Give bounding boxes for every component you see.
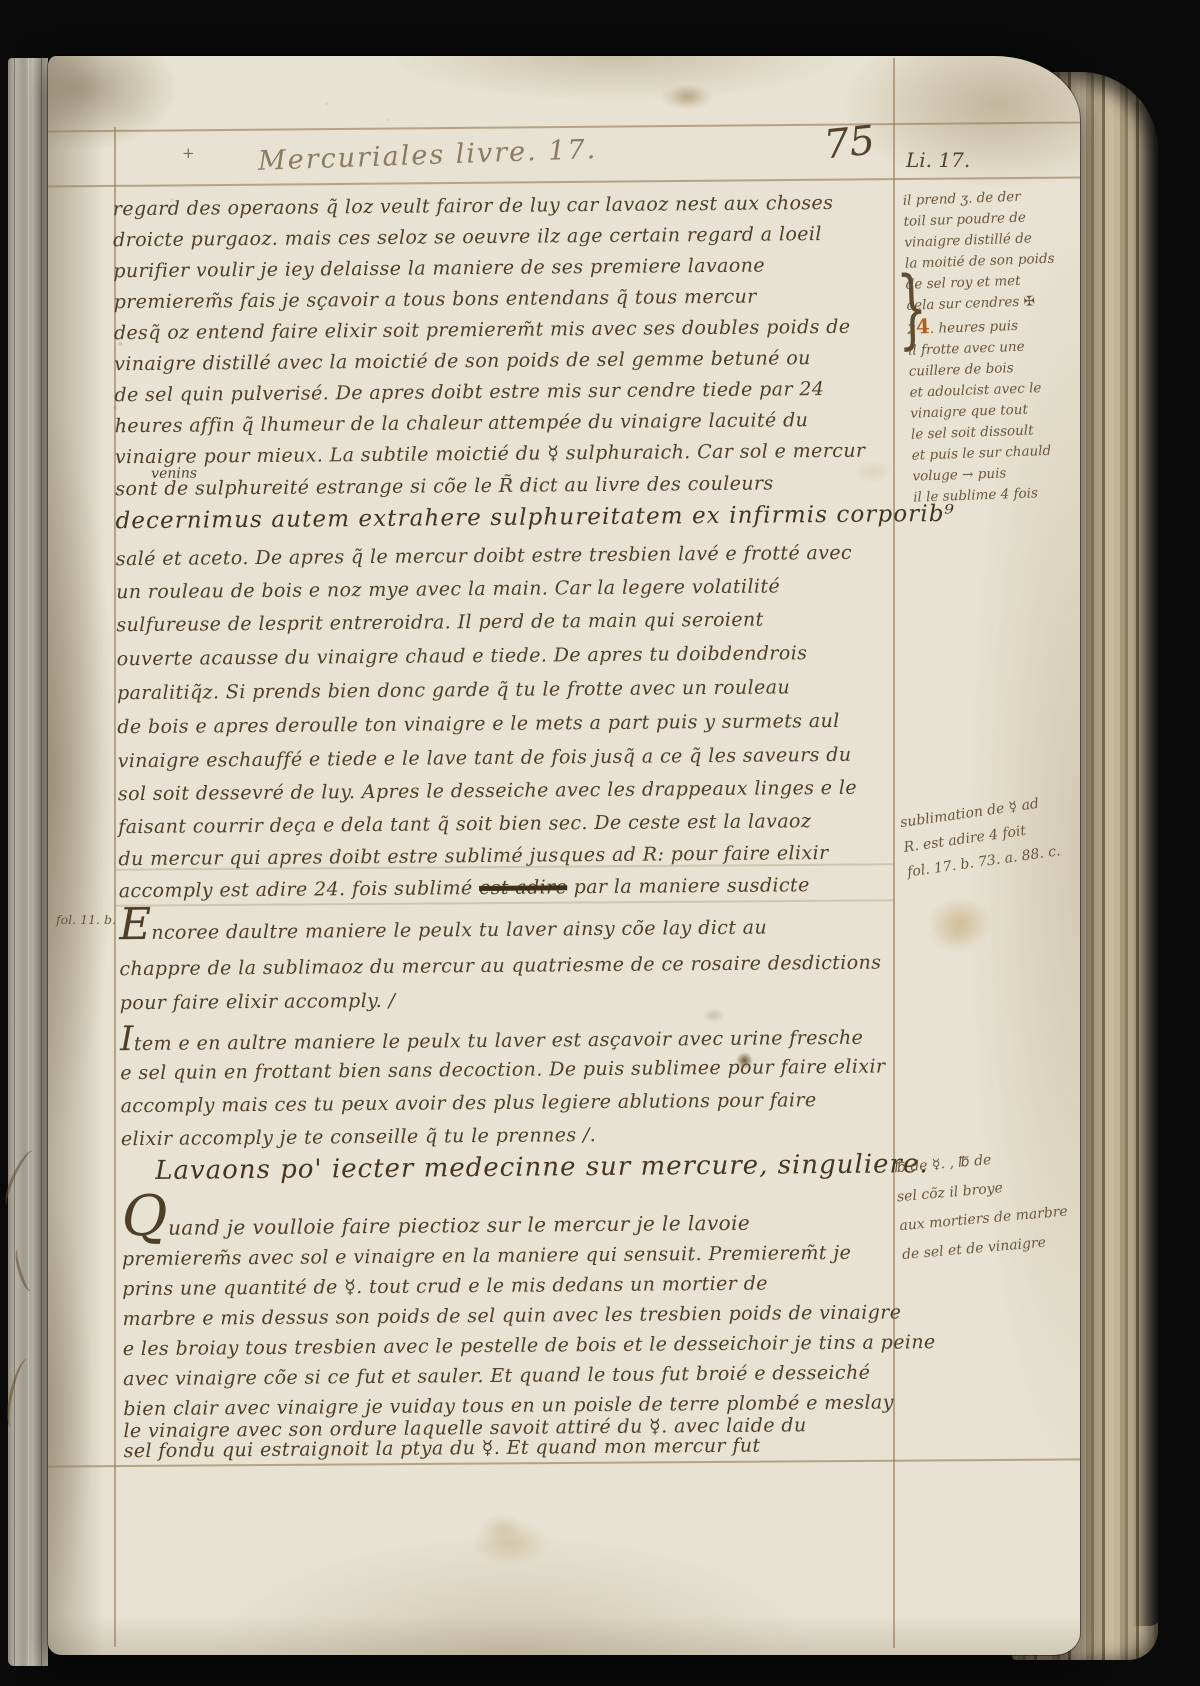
left-margin-folio-note: fol. 11. b.: [56, 912, 116, 927]
paragraph-item-line: accomply mais ces tu peux avoir des plus…: [121, 1084, 896, 1121]
section-heading: Lavaons po' iecter medecinne sur mercure…: [121, 1149, 930, 1186]
text-line: sulfureuse de lesprit entreroidra. Il pe…: [116, 603, 891, 640]
text-line: faisant courrir deça e dela tant q̃ soit…: [118, 805, 893, 842]
paragraph-quand-line: Quand je voulloie faire piectioz sur le …: [121, 1195, 896, 1243]
struck-text: est adire: [479, 876, 567, 899]
text-line: de bois e apres deroulle ton vinaigre e …: [117, 705, 892, 742]
paragraph-encore-line: pour faire elixir accomply. /: [120, 981, 895, 1018]
text-line: vinaigre eschauffé e tiede e le lave tan…: [118, 739, 893, 776]
brace-mark: }: [897, 298, 928, 320]
text-line: ouverte acausse du vinaigre chaud e tied…: [117, 637, 892, 674]
text-line: paralitiq̃z. Si prends bien donc garde q…: [117, 671, 892, 708]
margin-note-top: } il prend ʒ. de der toil sur poudre de …: [902, 185, 1071, 508]
text-line: du mercur qui apres doibt estre sublimé …: [118, 837, 893, 874]
paragraph-item-line: elixir accomply je te conseille q̃ tu le…: [121, 1117, 896, 1154]
text-line: sol soit dessevré de luy. Apres le desse…: [118, 772, 893, 809]
paragraph-encore-line: Encoree daultre maniere le peulx tu lave…: [119, 903, 894, 948]
text-segment: par la maniere susdicte: [567, 874, 810, 898]
paragraph-quand-line: sel fondu qui estraignoit la ptya du ☿. …: [124, 1429, 899, 1466]
text-segment: accomply est adire 24. fois sublimé: [119, 877, 479, 902]
text-line: salé et aceto. De apres q̃ le mercur doi…: [116, 537, 891, 574]
text-line: sont de sulphureité estrange si cõe le R…: [115, 472, 774, 500]
paragraph-encore-line: chappre de la sublimaoz du mercur au qua…: [119, 947, 894, 984]
manuscript-photo: Mercuriales livre. 17. 75 Li. 17. + rega…: [0, 0, 1200, 1686]
interlinear-insertion: venins: [151, 459, 197, 489]
text-segment: . heures puis: [930, 318, 1019, 337]
text-line: vinaigre pour mieux. La subtile moictié …: [115, 435, 890, 472]
text-line-with-insertion: sont de sulphureité estrange si cõe le R…: [115, 467, 890, 504]
latin-quote-line: decernimus autem extrahere sulphureitate…: [115, 499, 890, 536]
margin-note-recipe: ℔ de ☿. , ℔ de sel cõz il broye aux mort…: [893, 1138, 1092, 1270]
text-line-with-strikethrough: accomply est adire 24. fois sublimé est …: [119, 869, 894, 906]
paragraph-item-line: e sel quin en frottant bien sans decocti…: [120, 1051, 895, 1088]
text-line: un rouleau de bois e noz mye avec la mai…: [116, 570, 891, 607]
